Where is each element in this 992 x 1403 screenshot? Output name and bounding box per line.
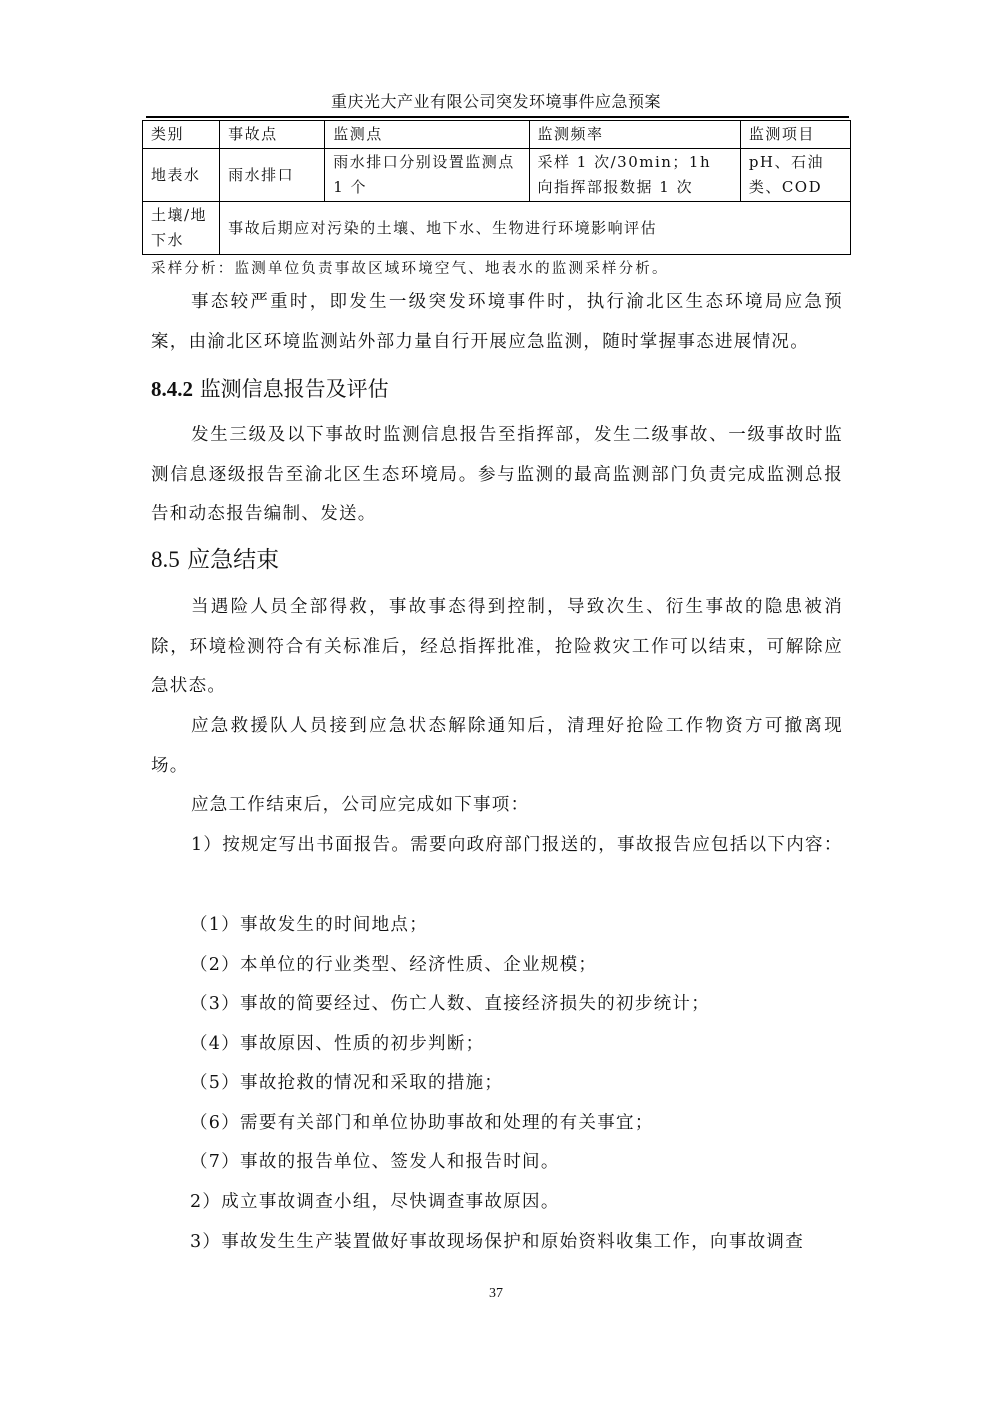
table-cell-category: 土壤/地下水 xyxy=(143,202,220,255)
table-cell-category: 地表水 xyxy=(143,149,220,202)
table-cell-point: 雨水排口 xyxy=(220,149,325,202)
sub-list-item: （1）事故发生的时间地点； xyxy=(190,912,428,938)
section-number: 8.4.2 xyxy=(151,377,193,401)
table-row: 土壤/地下水 事故后期应对污染的土壤、地下水、生物进行环境影响评估 xyxy=(143,202,851,255)
table-header-cell: 事故点 xyxy=(220,121,325,149)
section-heading-8-5: 8.5 应急结束 xyxy=(151,544,279,576)
sub-list-item: （3）事故的简要经过、伤亡人数、直接经济损失的初步统计； xyxy=(190,991,710,1017)
section-heading-8-4-2: 8.4.2 监测信息报告及评估 xyxy=(151,374,389,404)
paragraph-report: 发生三级及以下事故时监测信息报告至指挥部，发生二级事故、一级事故时监测信息逐级报… xyxy=(151,416,843,535)
table-cell-monitor-point: 雨水排口分别设置监测点 1 个 xyxy=(325,149,529,202)
table-cell-merged: 事故后期应对污染的土壤、地下水、生物进行环境影响评估 xyxy=(220,202,851,255)
table-cell-frequency: 采样 1 次/30min；1h 向指挥部报数据 1 次 xyxy=(529,149,740,202)
page-header: 重庆光大产业有限公司突发环境事件应急预案 xyxy=(146,92,846,112)
table-row: 地表水 雨水排口 雨水排口分别设置监测点 1 个 采样 1 次/30min；1h… xyxy=(143,149,851,202)
section-title: 监测信息报告及评估 xyxy=(200,377,389,401)
table-header-cell: 监测项目 xyxy=(740,121,850,149)
paragraph-followup: 应急工作结束后，公司应完成如下事项： xyxy=(151,786,843,826)
table-cell-items: pH、石油类、COD xyxy=(740,149,850,202)
section-number: 8.5 xyxy=(151,547,180,572)
list-item-2: 2）成立事故调查小组，尽快调查事故原因。 xyxy=(190,1189,560,1215)
paragraph-withdraw: 应急救援队人员接到应急状态解除通知后，清理好抢险工作物资方可撤离现场。 xyxy=(151,707,843,786)
section-title: 应急结束 xyxy=(187,547,279,573)
table-header-cell: 监测点 xyxy=(325,121,529,149)
list-item-3: 3）事故发生生产装置做好事故现场保护和原始资料收集工作，向事故调查 xyxy=(190,1229,804,1255)
list-item-1: 1）按规定写出书面报告。需要向政府部门报送的，事故报告应包括以下内容： xyxy=(151,826,843,866)
table-header-cell: 监测频率 xyxy=(529,121,740,149)
header-rule xyxy=(146,116,849,118)
page-number: 37 xyxy=(0,1286,992,1302)
paragraph-end-conditions: 当遇险人员全部得救，事故事态得到控制，导致次生、衍生事故的隐患被消除，环境检测符… xyxy=(151,588,843,707)
table-note: 采样分析：监测单位负责事故区域环境空气、地表水的监测采样分析。 xyxy=(151,258,669,280)
paragraph-severe-event: 事态较严重时，即发生一级突发环境事件时，执行渝北区生态环境局应急预案，由渝北区环… xyxy=(151,283,843,362)
sub-list-item: （2）本单位的行业类型、经济性质、企业规模； xyxy=(190,952,597,978)
table-header-row: 类别 事故点 监测点 监测频率 监测项目 xyxy=(143,121,851,149)
sub-list-item: （5）事故抢救的情况和采取的措施； xyxy=(190,1070,503,1096)
table-header-cell: 类别 xyxy=(143,121,220,149)
sub-list-item: （4）事故原因、性质的初步判断； xyxy=(190,1031,484,1057)
monitoring-table: 类别 事故点 监测点 监测频率 监测项目 地表水 雨水排口 雨水排口分别设置监测… xyxy=(142,120,851,255)
sub-list-item: （6）需要有关部门和单位协助事故和处理的有关事宜； xyxy=(190,1110,654,1136)
sub-list-item: （7）事故的报告单位、签发人和报告时间。 xyxy=(190,1149,560,1175)
